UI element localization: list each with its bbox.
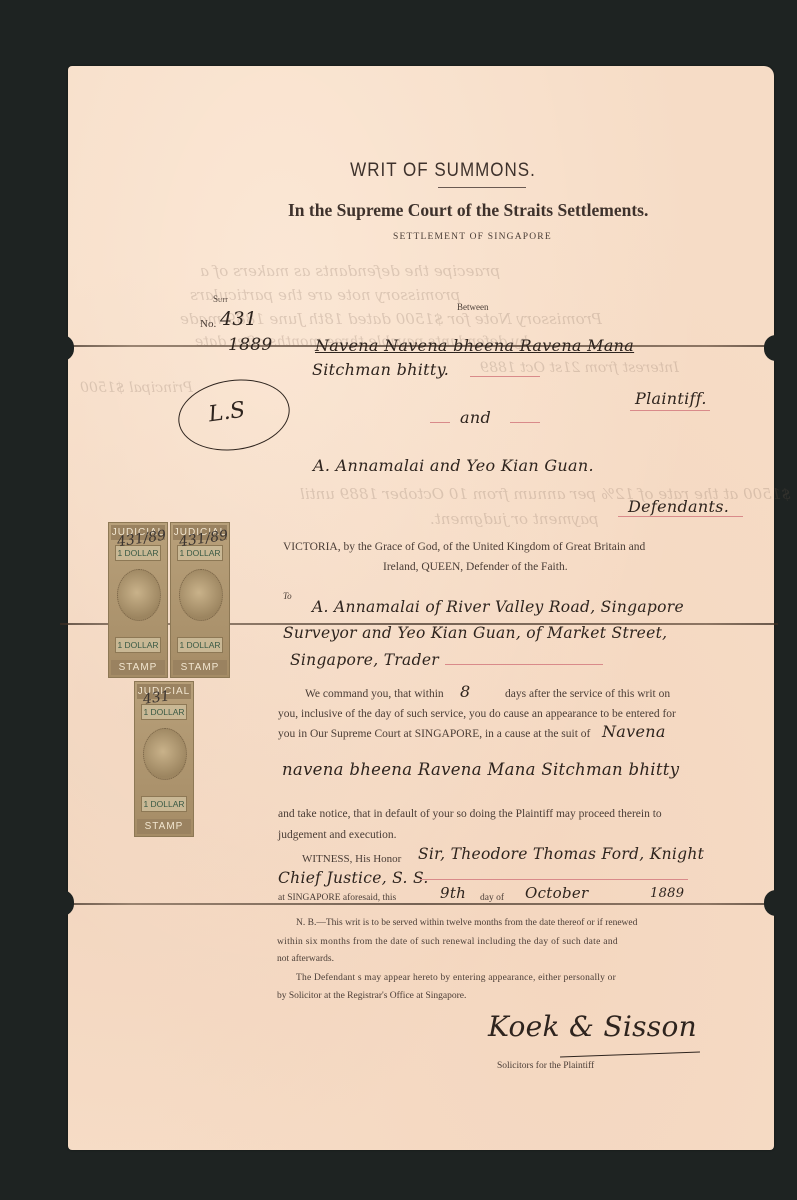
bleed-through-line: praecipe the defendants as makers of a — [200, 262, 500, 280]
red-rule — [630, 410, 710, 411]
solicitors-label: Solicitors for the Plaintiff — [497, 1061, 594, 1071]
queen-portrait-icon — [117, 569, 161, 621]
fold-crease-bottom — [60, 903, 778, 905]
appear-line1: The Defendant s may appear hereto by ent… — [296, 973, 616, 983]
days-value: 8 — [460, 682, 470, 701]
plaintiff-name-line2: Sitchman bhitty. — [312, 360, 449, 379]
suit-year: 1889 — [228, 335, 272, 355]
red-rule — [430, 422, 450, 423]
notice-line2: judgement and execution. — [278, 829, 396, 841]
stamp-bottom-label: STAMP — [137, 819, 191, 834]
victoria-line2: Ireland, QUEEN, Defender of the Faith. — [383, 561, 568, 573]
year-value: 1889 — [650, 886, 684, 901]
red-rule — [618, 516, 743, 517]
command-line3: you in Our Supreme Court at SINGAPORE, i… — [278, 728, 590, 740]
nb-line2: within six months from the date of such … — [277, 937, 618, 947]
command-line2: you, inclusive of the day of such servic… — [278, 708, 676, 720]
red-rule — [445, 664, 603, 665]
queen-portrait-icon — [179, 569, 223, 621]
addressee-line1: A. Annamalai of River Valley Road, Singa… — [312, 598, 684, 616]
addressee-line3: Singapore, Trader — [290, 651, 439, 669]
to-label: To — [283, 591, 292, 601]
judicial-stamp: JUDICIAL 1 DOLLAR 1 DOLLAR STAMP 431 — [134, 681, 194, 837]
month-value: October — [525, 884, 589, 902]
defendants-label: Defendants. — [628, 497, 729, 516]
red-rule — [470, 376, 540, 377]
appear-line2: by Solicitor at the Registrar's Office a… — [277, 991, 466, 1001]
bleed-through-line: promissory note are the particulars — [190, 286, 460, 304]
suit-no-label: No. — [200, 318, 216, 330]
document-title: WRIT OF SUMMONS. — [328, 159, 558, 182]
stamp-value: 1 DOLLAR — [141, 796, 187, 812]
judicial-stamp: JUDICIAL 1 DOLLAR 1 DOLLAR STAMP 431/89 — [108, 522, 168, 678]
witness-name: Sir, Theodore Thomas Ford, Knight — [418, 845, 704, 863]
bleed-through-line: Principal $1500 — [80, 380, 193, 396]
stamp-bottom-label: STAMP — [173, 660, 227, 675]
red-rule — [420, 879, 688, 880]
at-label: at SINGAPORE aforesaid, this — [278, 893, 396, 903]
notice-line1: and take notice, that in default of your… — [278, 808, 662, 820]
between-label: Between — [457, 302, 489, 312]
solicitor-signature: Koek & Sisson — [488, 1010, 697, 1043]
suit-label: Suit — [213, 294, 228, 304]
queen-portrait-icon — [143, 728, 187, 780]
plaintiff-label: Plaintiff. — [635, 389, 707, 408]
plaintiff-name-line1: Navena Navena bheena Ravena Mana — [315, 336, 634, 355]
witness-label: WITNESS, His Honor — [302, 853, 401, 865]
day-value: 9th — [440, 884, 466, 902]
suit-party-a: Navena — [602, 722, 666, 741]
and-label: and — [460, 408, 491, 427]
judicial-stamp: JUDICIAL 1 DOLLAR 1 DOLLAR STAMP 431/89 — [170, 522, 230, 678]
stamp-bottom-label: STAMP — [111, 660, 165, 675]
defendants-names: A. Annamalai and Yeo Kian Guan. — [313, 456, 594, 475]
court-heading: In the Supreme Court of the Straits Sett… — [288, 200, 648, 221]
victoria-line1: VICTORIA, by the Grace of God, of the Un… — [283, 541, 645, 553]
day-of-label: day of — [480, 893, 504, 903]
bleed-through-line: Interest from 21st Oct 1889 — [480, 360, 679, 376]
seal-text: L.S — [207, 398, 247, 428]
stamp-value: 1 DOLLAR — [177, 637, 223, 653]
command-pre: We command you, that within — [305, 688, 444, 700]
command-post: days after the service of this writ on — [505, 688, 670, 700]
stamp-value: 1 DOLLAR — [115, 637, 161, 653]
nb-line3: not afterwards. — [277, 954, 334, 964]
red-rule — [510, 422, 540, 423]
addressee-line2: Surveyor and Yeo Kian Guan, of Market St… — [283, 624, 667, 642]
witness-title: Chief Justice, S. S. — [278, 869, 429, 887]
nb-line1: N. B.—This writ is to be served within t… — [296, 918, 637, 928]
bleed-through-line: payment or judgment. — [430, 510, 599, 528]
settlement-subheading: SETTLEMENT OF SINGAPORE — [393, 232, 552, 242]
suit-number: 431 — [220, 308, 257, 330]
title-ornament-rule — [438, 187, 526, 188]
document-title-wrap: WRIT OF SUMMONS. — [328, 160, 558, 180]
suit-party-b: navena bheena Ravena Mana Sitchman bhitt… — [282, 760, 679, 779]
